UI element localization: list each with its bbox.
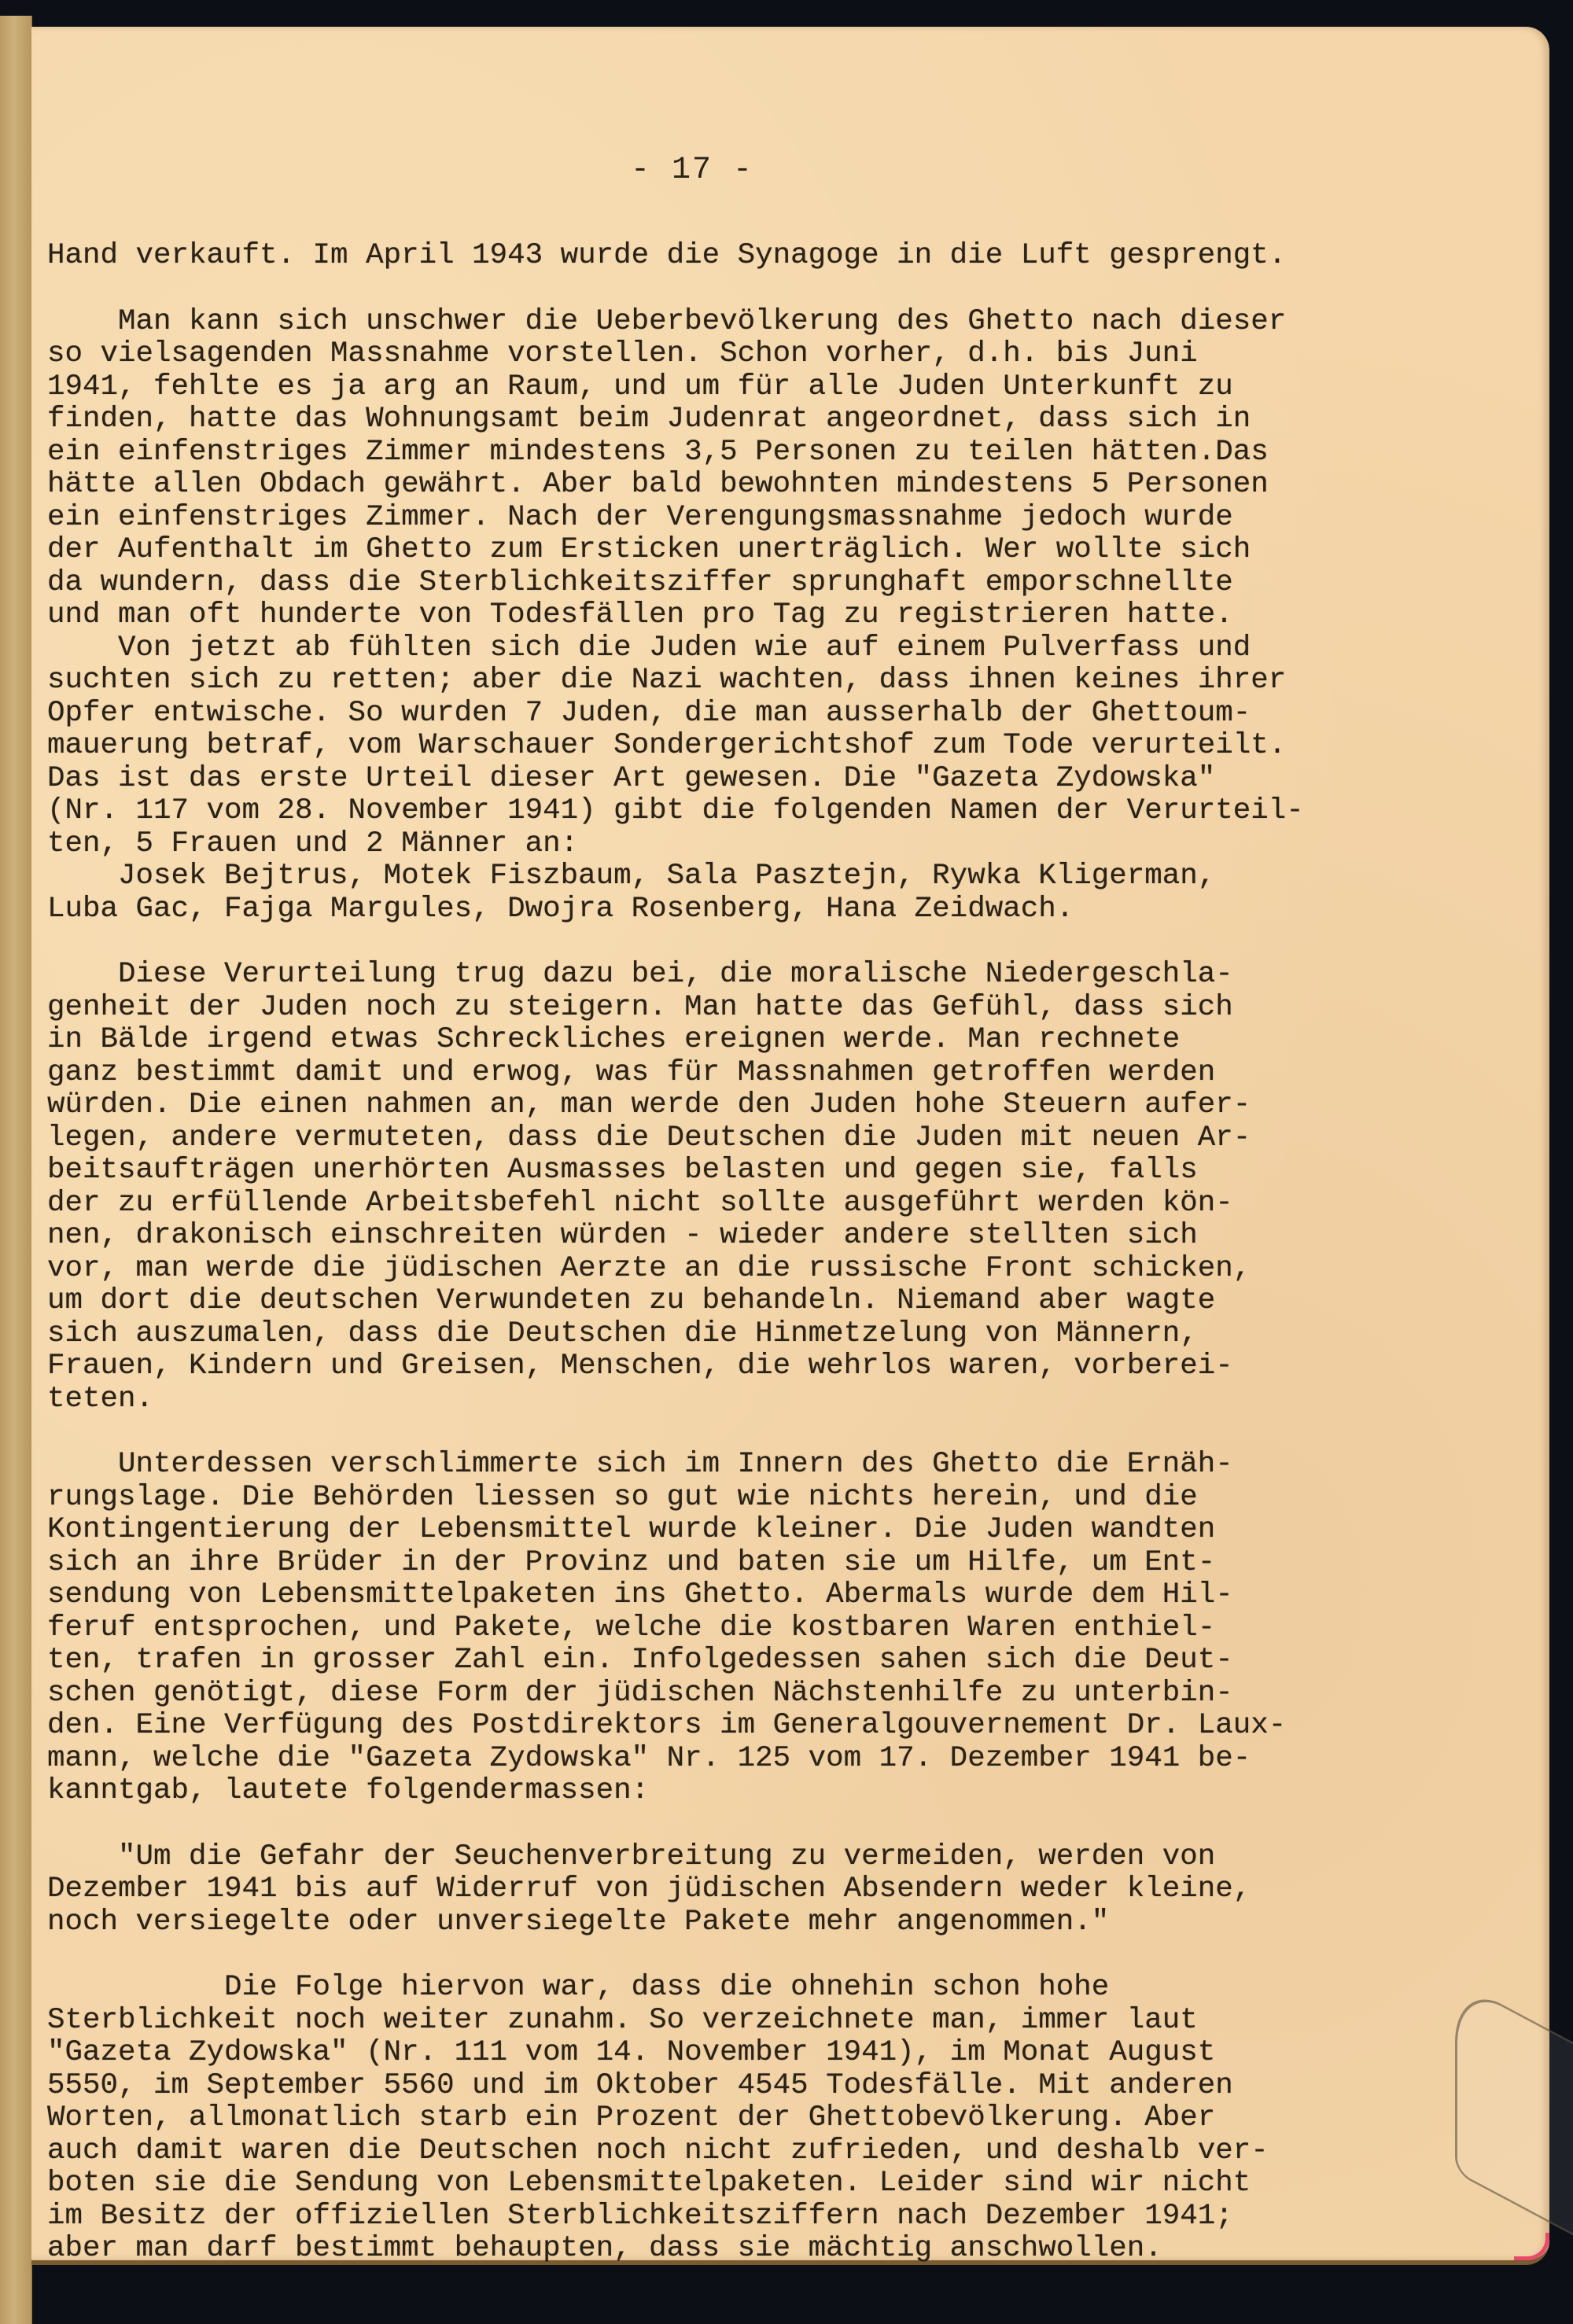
- text-line: ein einfenstriges Zimmer. Nach der Veren…: [47, 502, 1502, 535]
- page-edge-stain: [1514, 2233, 1549, 2260]
- text-line: Kontingentierung der Lebensmittel wurde …: [47, 1514, 1502, 1547]
- text-line: um dort die deutschen Verwundeten zu beh…: [47, 1285, 1502, 1318]
- text-line: Man kann sich unschwer die Ueberbevölker…: [47, 306, 1502, 339]
- text-line: mann, welche die "Gazeta Zydowska" Nr. 1…: [47, 1743, 1502, 1776]
- text-line: feruf entsprochen, und Pakete, welche di…: [47, 1612, 1502, 1645]
- text-line: teten.: [47, 1383, 1502, 1416]
- text-line: Josek Bejtrus, Motek Fiszbaum, Sala Pasz…: [47, 860, 1502, 893]
- text-line: Die Folge hiervon war, dass die ohnehin …: [47, 1972, 1502, 2005]
- paragraph-gap: [47, 926, 1502, 959]
- text-line: Unterdessen verschlimmerte sich im Inner…: [47, 1449, 1502, 1482]
- text-line: der zu erfüllende Arbeitsbefehl nicht so…: [47, 1188, 1502, 1221]
- text-line: ein einfenstriges Zimmer mindestens 3,5 …: [47, 436, 1502, 470]
- text-line: "Gazeta Zydowska" (Nr. 111 vom 14. Novem…: [47, 2037, 1502, 2070]
- text-line: ten, trafen in grosser Zahl ein. Infolge…: [47, 1644, 1502, 1678]
- text-line: schen genötigt, diese Form der jüdischen…: [47, 1678, 1502, 1711]
- text-line: Luba Gac, Fajga Margules, Dwojra Rosenbe…: [47, 893, 1502, 926]
- text-line: vor, man werde die jüdischen Aerzte an d…: [47, 1253, 1502, 1286]
- text-line: noch versiegelte oder unversiegelte Pake…: [47, 1906, 1502, 1939]
- text-line: und man oft hunderte von Todesfällen pro…: [47, 599, 1502, 632]
- paragraph-gap: [47, 1808, 1502, 1841]
- text-line: auch damit waren die Deutschen noch nich…: [47, 2135, 1502, 2168]
- binding-strip: [0, 16, 32, 2324]
- text-line: (Nr. 117 vom 28. November 1941) gibt die…: [47, 795, 1502, 828]
- text-line: Opfer entwische. So wurden 7 Juden, die …: [47, 698, 1502, 731]
- text-line: kanntgab, lautete folgendermassen:: [47, 1775, 1502, 1808]
- text-line: suchten sich zu retten; aber die Nazi wa…: [47, 665, 1502, 698]
- text-line: rungslage. Die Behörden liessen so gut w…: [47, 1482, 1502, 1515]
- text-line: im Besitz der offiziellen Sterblichkeits…: [47, 2201, 1502, 2234]
- text-line: der Aufenthalt im Ghetto zum Ersticken u…: [47, 534, 1502, 567]
- typewritten-body: Hand verkauft. Im April 1943 wurde die S…: [47, 240, 1502, 2266]
- text-line: sich an ihre Brüder in der Provinz und b…: [47, 1547, 1502, 1580]
- text-line: ten, 5 Frauen und 2 Männer an:: [47, 828, 1502, 861]
- text-line: Hand verkauft. Im April 1943 wurde die S…: [47, 240, 1502, 273]
- text-line: 1941, fehlte es ja arg an Raum, und um f…: [47, 371, 1502, 404]
- text-line: da wundern, dass die Sterblichkeitsziffe…: [47, 567, 1502, 600]
- text-line: Frauen, Kindern und Greisen, Menschen, d…: [47, 1350, 1502, 1383]
- text-line: würden. Die einen nahmen an, man werde d…: [47, 1089, 1502, 1122]
- text-line: hätte allen Obdach gewährt. Aber bald be…: [47, 469, 1502, 502]
- text-line: "Um die Gefahr der Seuchenverbreitung zu…: [47, 1841, 1502, 1874]
- paragraph-gap: [47, 1939, 1502, 1972]
- text-line: den. Eine Verfügung des Postdirektors im…: [47, 1710, 1502, 1743]
- text-line: Von jetzt ab fühlten sich die Juden wie …: [47, 632, 1502, 665]
- text-line: 5550, im September 5560 und im Oktober 4…: [47, 2070, 1502, 2103]
- page-number: - 17 -: [0, 153, 1384, 188]
- text-line: Das ist das erste Urteil dieser Art gewe…: [47, 763, 1502, 796]
- text-line: Sterblichkeit noch weiter zunahm. So ver…: [47, 2005, 1502, 2038]
- text-line: legen, andere vermuteten, dass die Deuts…: [47, 1122, 1502, 1155]
- paragraph-gap: [47, 1416, 1502, 1449]
- text-line: so vielsagenden Massnahme vorstellen. Sc…: [47, 338, 1502, 371]
- text-line: ganz bestimmt damit und erwog, was für M…: [47, 1057, 1502, 1090]
- text-line: Diese Verurteilung trug dazu bei, die mo…: [47, 959, 1502, 992]
- text-line: Dezember 1941 bis auf Widerruf von jüdis…: [47, 1873, 1502, 1906]
- text-line: mauerung betraf, vom Warschauer Sonderge…: [47, 730, 1502, 763]
- text-line: boten sie die Sendung von Lebensmittelpa…: [47, 2167, 1502, 2201]
- text-line: sich auszumalen, dass die Deutschen die …: [47, 1318, 1502, 1351]
- text-line: aber man darf bestimmt behaupten, dass s…: [47, 2233, 1502, 2266]
- text-line: Worten, allmonatlich starb ein Prozent d…: [47, 2102, 1502, 2135]
- text-line: genheit der Juden noch zu steigern. Man …: [47, 992, 1502, 1025]
- text-line: sendung von Lebensmittelpaketen ins Ghet…: [47, 1579, 1502, 1612]
- text-line: in Bälde irgend etwas Schreckliches erei…: [47, 1024, 1502, 1057]
- text-line: nen, drakonisch einschreiten würden - wi…: [47, 1220, 1502, 1253]
- text-line: finden, hatte das Wohnungsamt beim Juden…: [47, 403, 1502, 436]
- paragraph-gap: [47, 273, 1502, 306]
- text-line: beitsaufträgen unerhörten Ausmasses bela…: [47, 1155, 1502, 1188]
